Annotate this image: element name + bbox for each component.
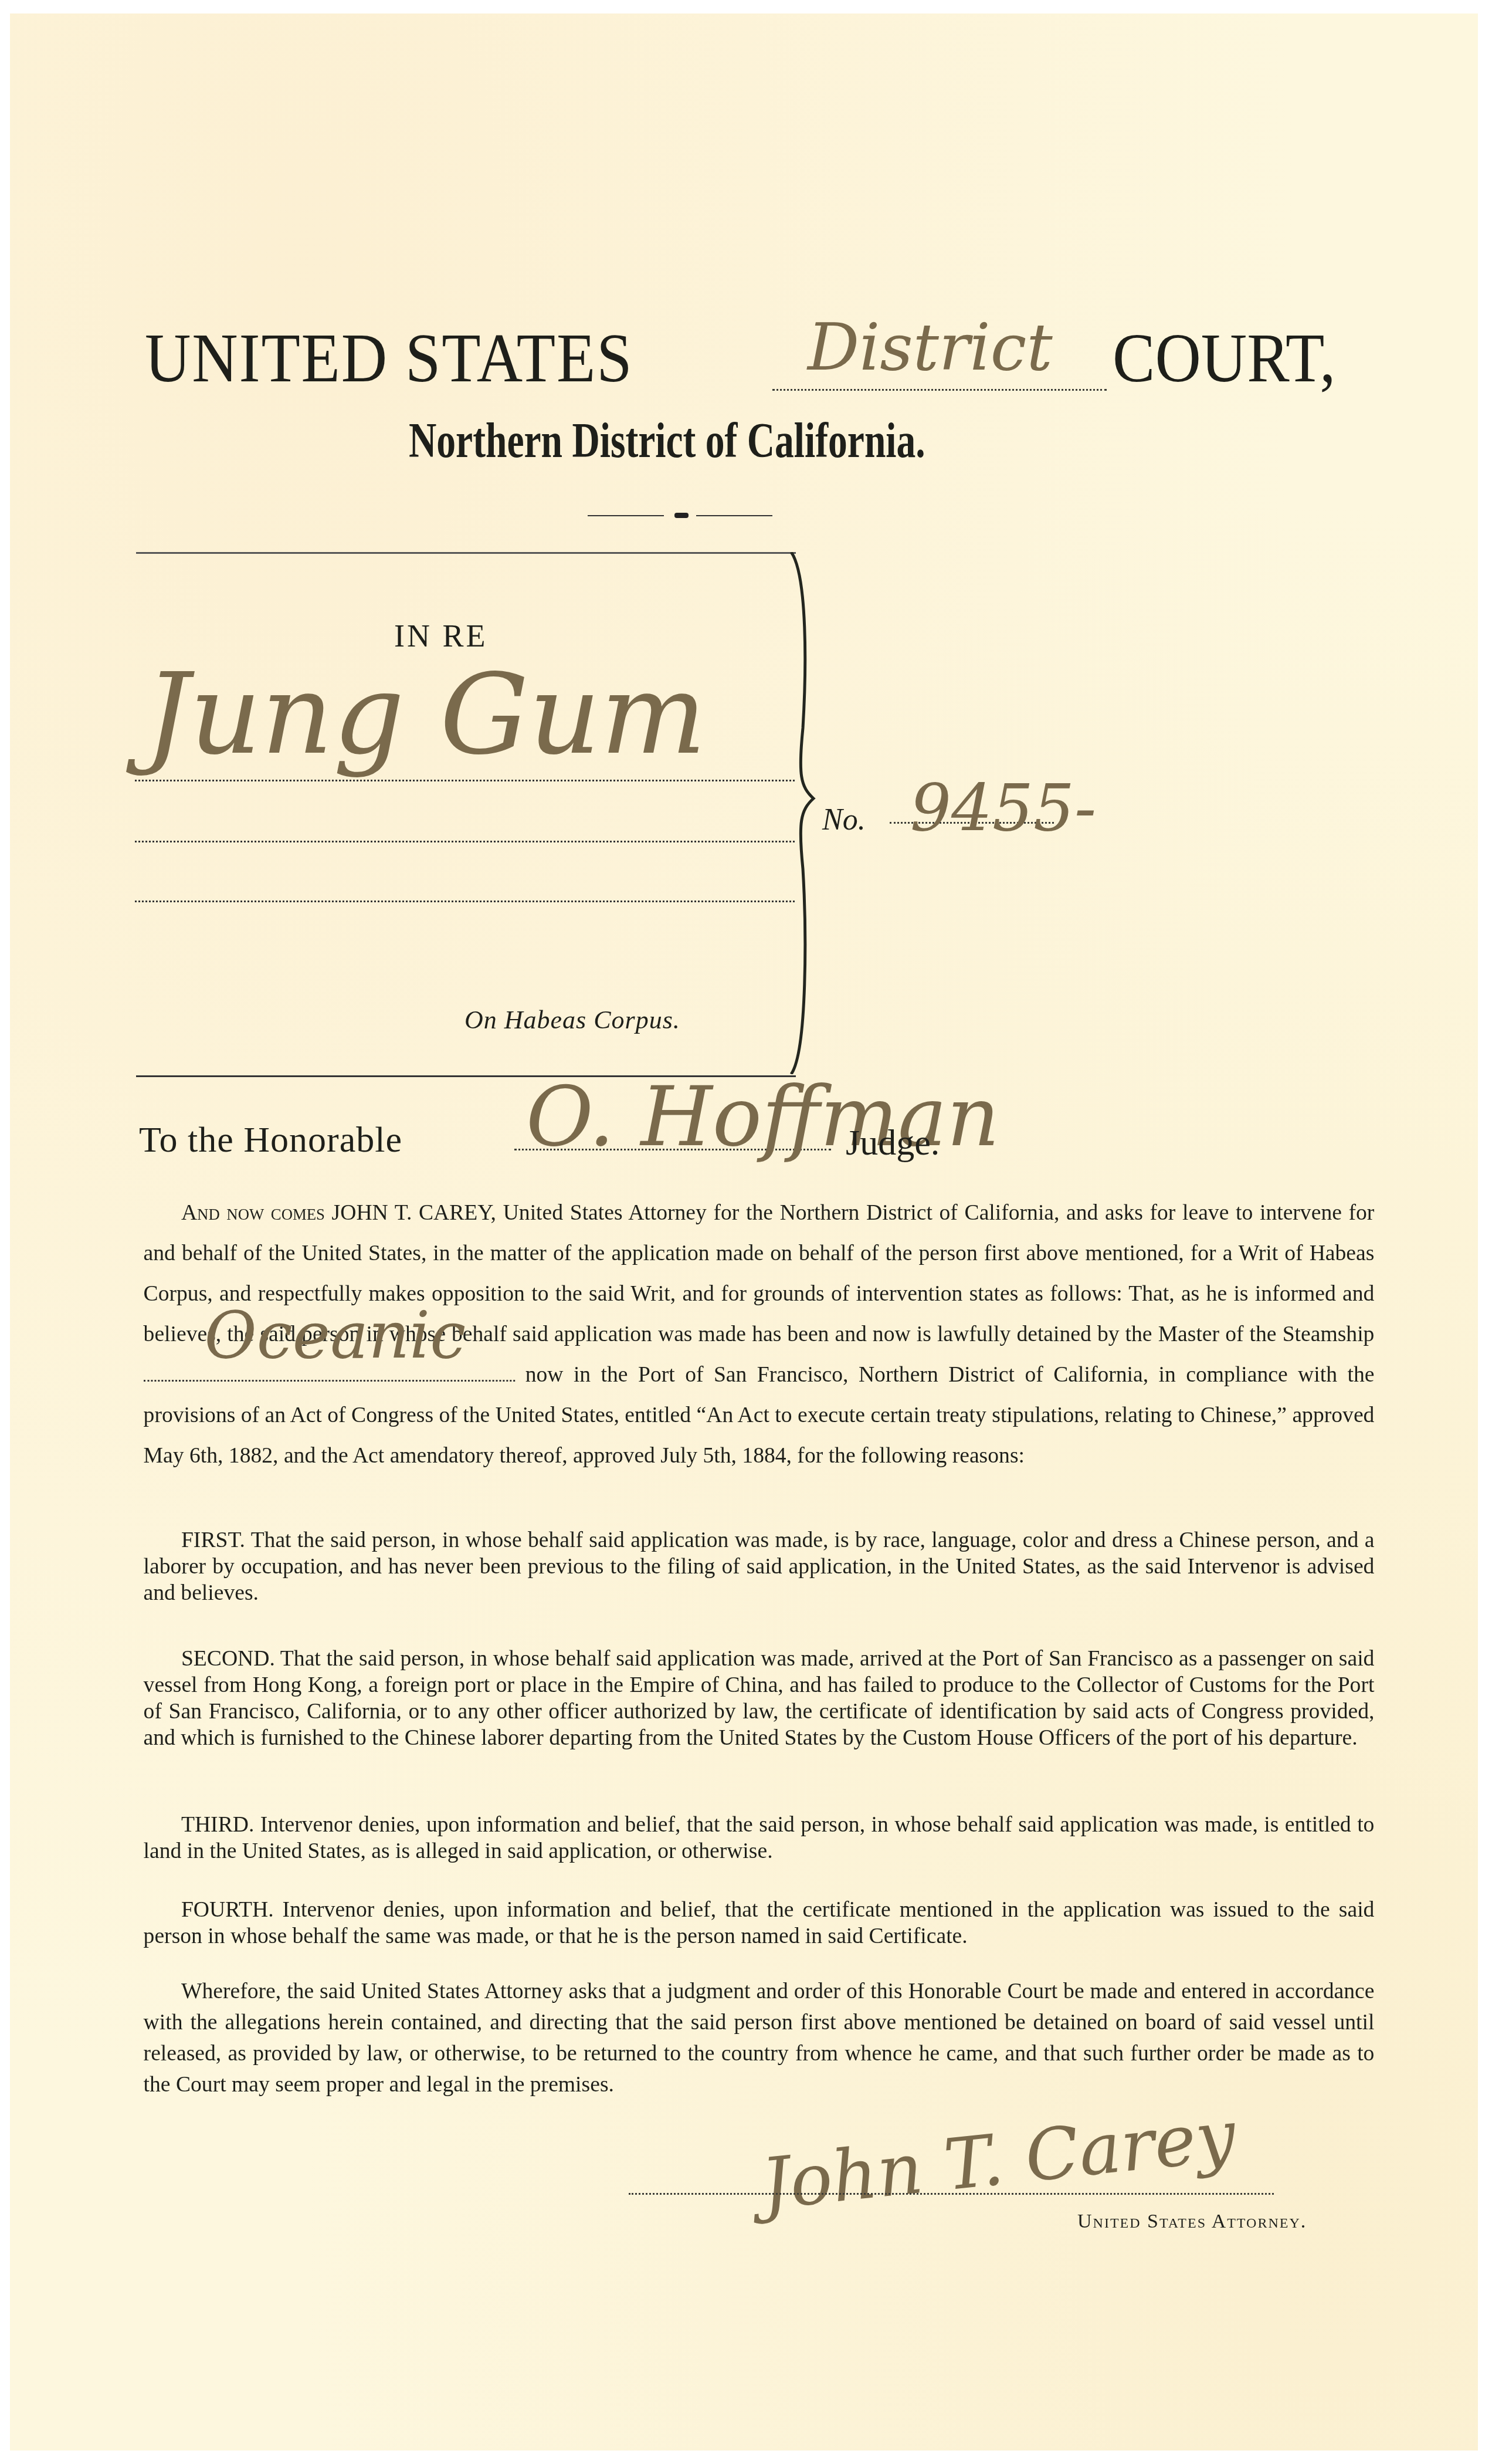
petitioner-line-3 [135, 901, 795, 902]
ornament-divider [588, 514, 775, 517]
petitioner-name-handwritten: Jung Gum [145, 659, 706, 770]
signature-handwritten: John T. Carey [758, 2095, 1239, 2226]
to-honorable-label: To the Honorable [139, 1119, 402, 1161]
paragraph-fourth-text: FOURTH. Intervenor denies, upon informat… [144, 1897, 1375, 1949]
document-page: UNITED STATES District COURT, Northern D… [10, 13, 1478, 2451]
paragraph-wherefore: Wherefore, the said United States Attorn… [144, 1976, 1375, 2100]
paragraph-third-text: THIRD. Intervenor denies, upon informati… [144, 1812, 1375, 1864]
judge-label: Judge. [846, 1122, 940, 1164]
steamship-field: Oceanic [144, 1356, 516, 1382]
intro-paragraph: And now comes JOHN T. CAREY, United Stat… [144, 1193, 1375, 1476]
court-title-right: COURT, [1113, 319, 1335, 398]
case-number-label: No. [822, 803, 866, 837]
divider-ornament-icon [674, 513, 689, 518]
signature-line [629, 2193, 1274, 2195]
attorney-name: JOHN T. CAREY, [332, 1200, 496, 1225]
court-title-left: UNITED STATES [145, 319, 633, 398]
court-type-handwritten: District [808, 310, 1053, 385]
intro-lead: And now comes [181, 1200, 325, 1225]
case-box-top-rule [136, 552, 796, 554]
district-title: Northern District of California. [409, 412, 925, 469]
in-re-label: IN RE [394, 618, 487, 654]
signature-title: United States Attorney. [1077, 2211, 1307, 2233]
steamship-name-handwritten: Oceanic [167, 1315, 466, 1356]
divider-line-right [696, 515, 772, 516]
proceeding-label: On Habeas Corpus. [464, 1005, 680, 1035]
paragraph-third: THIRD. Intervenor denies, upon informati… [144, 1812, 1375, 1864]
petitioner-line-1 [135, 780, 795, 781]
paragraph-fourth: FOURTH. Intervenor denies, upon informat… [144, 1897, 1375, 1949]
paragraph-second: SECOND. That the said person, in whose b… [144, 1646, 1375, 1751]
court-type-field: District [772, 333, 1107, 391]
paragraph-wherefore-text: Wherefore, the said United States Attorn… [144, 1976, 1375, 2100]
case-number-handwritten: 9455- [910, 770, 1096, 845]
divider-line-left [588, 515, 664, 516]
paragraph-second-text: SECOND. That the said person, in whose b… [144, 1646, 1375, 1751]
paragraph-first-text: FIRST. That the said person, in whose be… [144, 1527, 1375, 1606]
petitioner-line-2 [135, 841, 795, 842]
paragraph-first: FIRST. That the said person, in whose be… [144, 1527, 1375, 1606]
